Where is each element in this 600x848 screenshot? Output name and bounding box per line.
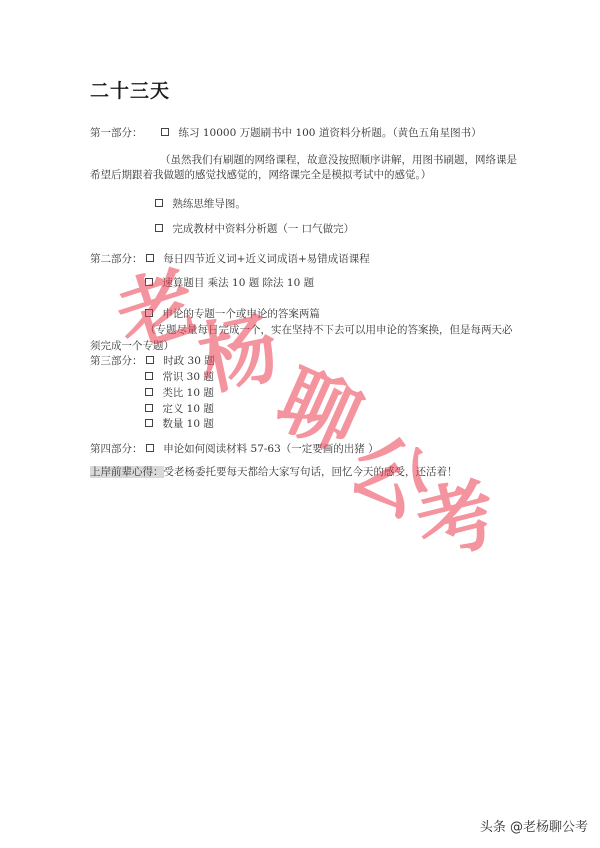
part1-item1-checkbox[interactable] [161,128,169,136]
part3-item2-checkbox[interactable] [145,372,153,380]
part1-item3-checkbox[interactable] [155,224,163,232]
part2-note-line1: （专题尽量每日完成一个，实在坚持不下去可以用申论的答案换，但是每两天必 [145,323,513,337]
part1-item2-checkbox[interactable] [155,199,163,207]
part2-note-line2: 须完成一个专题） [90,339,174,353]
part2-item2-checkbox[interactable] [145,278,153,286]
part3-item3: 类比 10 题 [145,386,214,400]
part3-label: 第三部分： [90,354,143,368]
part3-item5-text: 数量 10 题 [162,418,214,430]
part3-line: 第三部分： 时政 30 题 [90,354,215,368]
part3-item2-text: 常识 30 题 [162,371,214,383]
part3-item2: 常识 30 题 [145,370,214,384]
part2-item1-checkbox[interactable] [146,254,154,262]
senior-advice-line: 上岸前辈心得：受老杨委托要每天都给大家写句话，回忆今天的感受，还活着！ [90,465,458,479]
part1-item3-text: 完成教材中资料分析题（一 口气做完） [172,223,354,235]
part2-item1-text: 每日四节近义词+近义词成语+易错成语课程 [163,253,370,265]
part2-item2: 速算题目 乘法 10 题 除法 10 题 [145,276,314,290]
part1-item2-text: 熟练思维导图。 [172,198,246,210]
watermark-char-5: 考 [410,474,505,569]
part3-item5-checkbox[interactable] [145,419,153,427]
part3-item4: 定义 10 题 [145,402,214,416]
part1-line: 第一部分： 练习 10000 万题刷书中 100 道资料分析题。（黄色五角星图书… [90,126,482,140]
part3-item3-checkbox[interactable] [145,388,153,396]
part4-item1-text: 申论如何阅读材料 57-63（一定要画的出猪 ） [163,443,378,455]
part2-label: 第二部分： [90,252,143,266]
part3-item4-checkbox[interactable] [145,404,153,412]
part1-note-line2: 希望后期跟着我做题的感觉找感觉的，网络课完全是模拟考试中的感觉。） [90,168,431,182]
part1-item3: 完成教材中资料分析题（一 口气做完） [155,222,354,236]
part1-item2: 熟练思维导图。 [155,197,246,211]
part3-item5: 数量 10 题 [145,417,214,431]
senior-advice-label: 上岸前辈心得： [90,466,164,478]
part1-label: 第一部分： [90,126,143,140]
senior-advice-text: 受老杨委托要每天都给大家写句话，回忆今天的感受，还活着！ [164,466,458,478]
part4-line: 第四部分： 申论如何阅读材料 57-63（一定要画的出猪 ） [90,442,379,456]
part2-line: 第二部分： 每日四节近义词+近义词成语+易错成语课程 [90,252,370,266]
page-title: 二十三天 [90,76,170,103]
part4-label: 第四部分： [90,442,143,456]
part3-item4-text: 定义 10 题 [162,403,214,415]
footer-attribution: 头条 @老杨聊公考 [480,816,588,835]
part2-item3: 申论的专题一个或申论的答案两篇 [145,307,320,321]
document-page: 二十三天 第一部分： 练习 10000 万题刷书中 100 道资料分析题。（黄色… [0,0,600,848]
part3-item3-text: 类比 10 题 [162,387,214,399]
part3-item1-text: 时政 30 题 [163,355,215,367]
part4-item1-checkbox[interactable] [146,444,154,452]
part3-item1-checkbox[interactable] [146,356,154,364]
part2-item3-text: 申论的专题一个或申论的答案两篇 [162,308,320,320]
part1-item1-text: 练习 10000 万题刷书中 100 道资料分析题。（黄色五角星图书） [179,127,482,139]
part2-item3-checkbox[interactable] [145,309,153,317]
part2-item2-text: 速算题目 乘法 10 题 除法 10 题 [162,277,314,289]
part1-note-line1: （虽然我们有刷题的网络课程，故意没按照顺序讲解，用图书刷题，网络课是 [160,153,517,167]
